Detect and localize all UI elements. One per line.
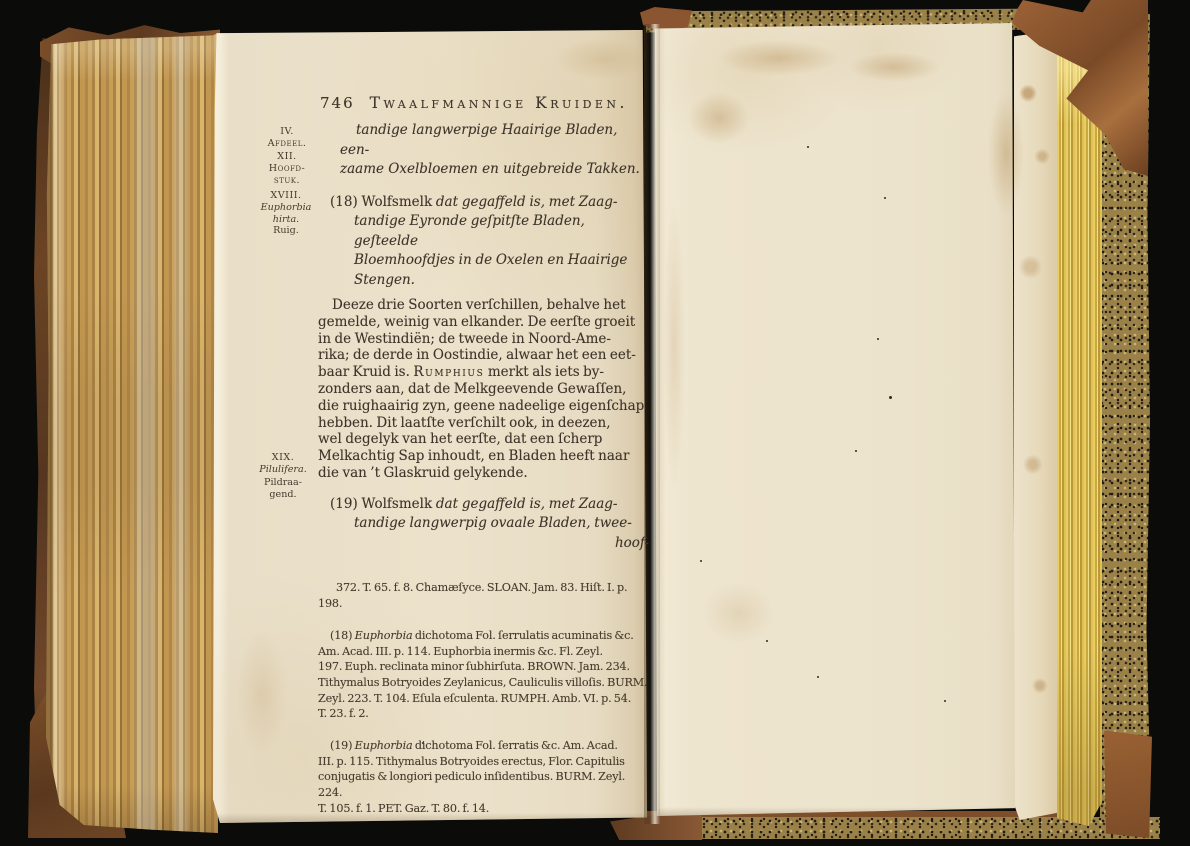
footnote-number: (18) [330, 629, 355, 642]
footnote-continuation: 372. T. 65. f. 8. Chamæſyce. SLOAN. Jam.… [318, 580, 649, 611]
margin-note-line: hirta. [255, 214, 317, 226]
foxing-stain [703, 582, 775, 644]
foxing-stain [848, 52, 940, 82]
foxing-stain [988, 92, 1024, 216]
margin-note-line: Ruig. [255, 225, 317, 237]
ink-speck [944, 700, 946, 702]
entry-number: (18) Wolfsmelk [330, 194, 432, 210]
margin-note-section: IV. Afdeel. XII. Hoofd- stuk. [256, 126, 318, 187]
genus-name: Euphorbia [355, 629, 413, 642]
left-page-edge-stack [46, 33, 218, 833]
main-paragraph: Deeze drie Soorten verſchillen, behalve … [318, 297, 649, 482]
genus-name: Euphorbia [355, 739, 413, 752]
ink-speck [807, 146, 809, 148]
margin-note-line: XVIII. [255, 190, 317, 202]
margin-note-line: Pildraa- [252, 477, 314, 489]
footnote-number: (19) [330, 739, 355, 752]
margin-note-species-19: XIX. Pilulifera. Pildraa- gend. [252, 452, 314, 501]
author-name: Rumphius [413, 364, 484, 380]
ink-speck [855, 450, 857, 452]
ink-speck [884, 197, 886, 199]
ink-speck [817, 676, 819, 678]
foxing-stain [663, 200, 685, 490]
hyphen-catchword: hoof- [318, 534, 649, 553]
margin-note-line: XII. [256, 151, 318, 163]
margin-note-line: XIX. [252, 452, 314, 464]
foxing-stain [688, 92, 750, 144]
foxing-stain [556, 38, 648, 80]
footnote-text: dichotoma Fol. ſerrulatis acuminatis &c.… [318, 629, 647, 720]
species-entry-18: (18) Wolfsmelk dat gegaffeld is, met Zaa… [318, 193, 649, 291]
ink-speck [889, 396, 892, 399]
margin-note-line: Euphorbia [255, 202, 317, 214]
margin-note-line: gend. [252, 489, 314, 501]
margin-note-line: IV. [256, 126, 318, 138]
gilt-page-edges [1057, 28, 1102, 826]
page-header: 746Twaalfmannige Kruiden. [320, 94, 650, 112]
species-entry-19: (19) Wolfsmelk dat gegaffeld is, met Zaa… [318, 495, 649, 534]
paragraph-text: merkt als iets by- zonders aan, dat de M… [318, 364, 644, 481]
footnote-19: (19) Euphorbia dichotoma Fol. ſerratis &… [318, 738, 649, 816]
ink-speck [766, 640, 768, 642]
margin-note-line: stuk. [256, 175, 318, 187]
ink-speck [700, 560, 702, 562]
margin-note-line: Hoofd- [256, 163, 318, 175]
foxing-stain [236, 630, 288, 758]
entry-number: (19) Wolfsmelk [330, 496, 432, 512]
margin-note-line: Pilulifera. [252, 464, 314, 476]
footnotes: 372. T. 65. f. 8. Chamæſyce. SLOAN. Jam.… [318, 564, 649, 832]
scan-background: { "palette": { "background": "#0b0b09", … [0, 0, 1190, 846]
continuation-paragraph: tandige langwerpige Haairige Bladen, een… [318, 121, 649, 180]
foxing-stain [718, 40, 840, 76]
margin-note-species-18: XVIII. Euphorbia hirta. Ruig. [255, 190, 317, 237]
page-number: 746 [320, 94, 355, 112]
text-column: tandige langwerpige Haairige Bladen, een… [318, 121, 649, 832]
torn-leather-bottom-right [1104, 728, 1152, 838]
ink-speck [877, 338, 879, 340]
margin-note-line: Afdeel. [256, 138, 318, 150]
running-title: Twaalfmannige Kruiden. [370, 94, 628, 112]
footnote-18: (18) Euphorbia dichotoma Fol. ſerrulatis… [318, 628, 649, 722]
